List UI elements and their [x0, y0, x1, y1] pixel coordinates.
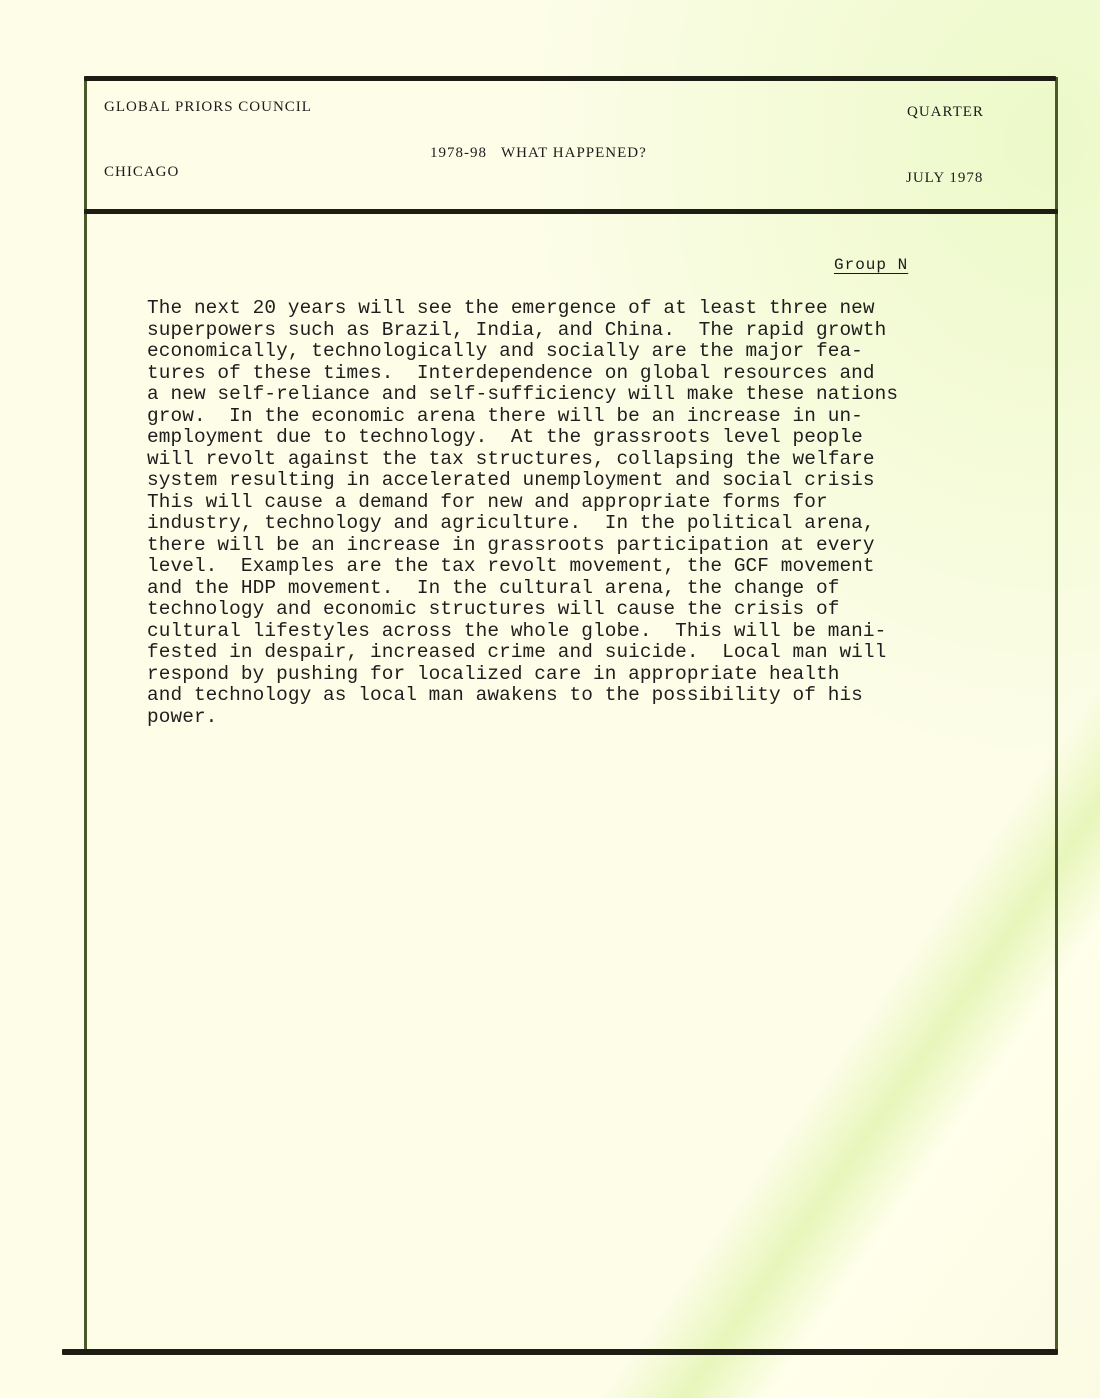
body-line: will revolt against the tax structures, … — [147, 449, 987, 471]
period-label: QUARTER — [907, 104, 984, 121]
body-paragraph: The next 20 years will see the emergence… — [147, 298, 987, 728]
body-line: fested in despair, increased crime and s… — [147, 642, 987, 664]
city-name: CHICAGO — [104, 164, 179, 181]
body-line: employment due to technology. At the gra… — [147, 427, 987, 449]
body-line: respond by pushing for localized care in… — [147, 664, 987, 686]
document-title: 1978-98 WHAT HAPPENED? — [430, 145, 647, 162]
document-date: JULY 1978 — [906, 170, 983, 187]
body-line: grow. In the economic arena there will b… — [147, 406, 987, 428]
body-line: level. Examples are the tax revolt movem… — [147, 556, 987, 578]
body-line: superpowers such as Brazil, India, and C… — [147, 320, 987, 342]
body-line: tures of these times. Interdependence on… — [147, 363, 987, 385]
header-bottom-rule — [84, 209, 1058, 214]
body-line: The next 20 years will see the emergence… — [147, 298, 987, 320]
body-line: a new self-reliance and self-sufficiency… — [147, 384, 987, 406]
body-line: and technology as local man awakens to t… — [147, 685, 987, 707]
body-line: there will be an increase in grassroots … — [147, 535, 987, 557]
body-line: economically, technologically and social… — [147, 341, 987, 363]
body-line: This will cause a demand for new and app… — [147, 492, 987, 514]
body-line: cultural lifestyles across the whole glo… — [147, 621, 987, 643]
group-label: Group N — [834, 256, 908, 274]
page-bottom-rule — [62, 1349, 1058, 1355]
body-line: industry, technology and agriculture. In… — [147, 513, 987, 535]
body-line: power. — [147, 707, 987, 729]
organization-name: GLOBAL PRIORS COUNCIL — [104, 99, 312, 116]
body-line: and the HDP movement. In the cultural ar… — [147, 578, 987, 600]
body-line: technology and economic structures will … — [147, 599, 987, 621]
header-top-rule — [84, 76, 1056, 81]
body-line: system resulting in accelerated unemploy… — [147, 470, 987, 492]
